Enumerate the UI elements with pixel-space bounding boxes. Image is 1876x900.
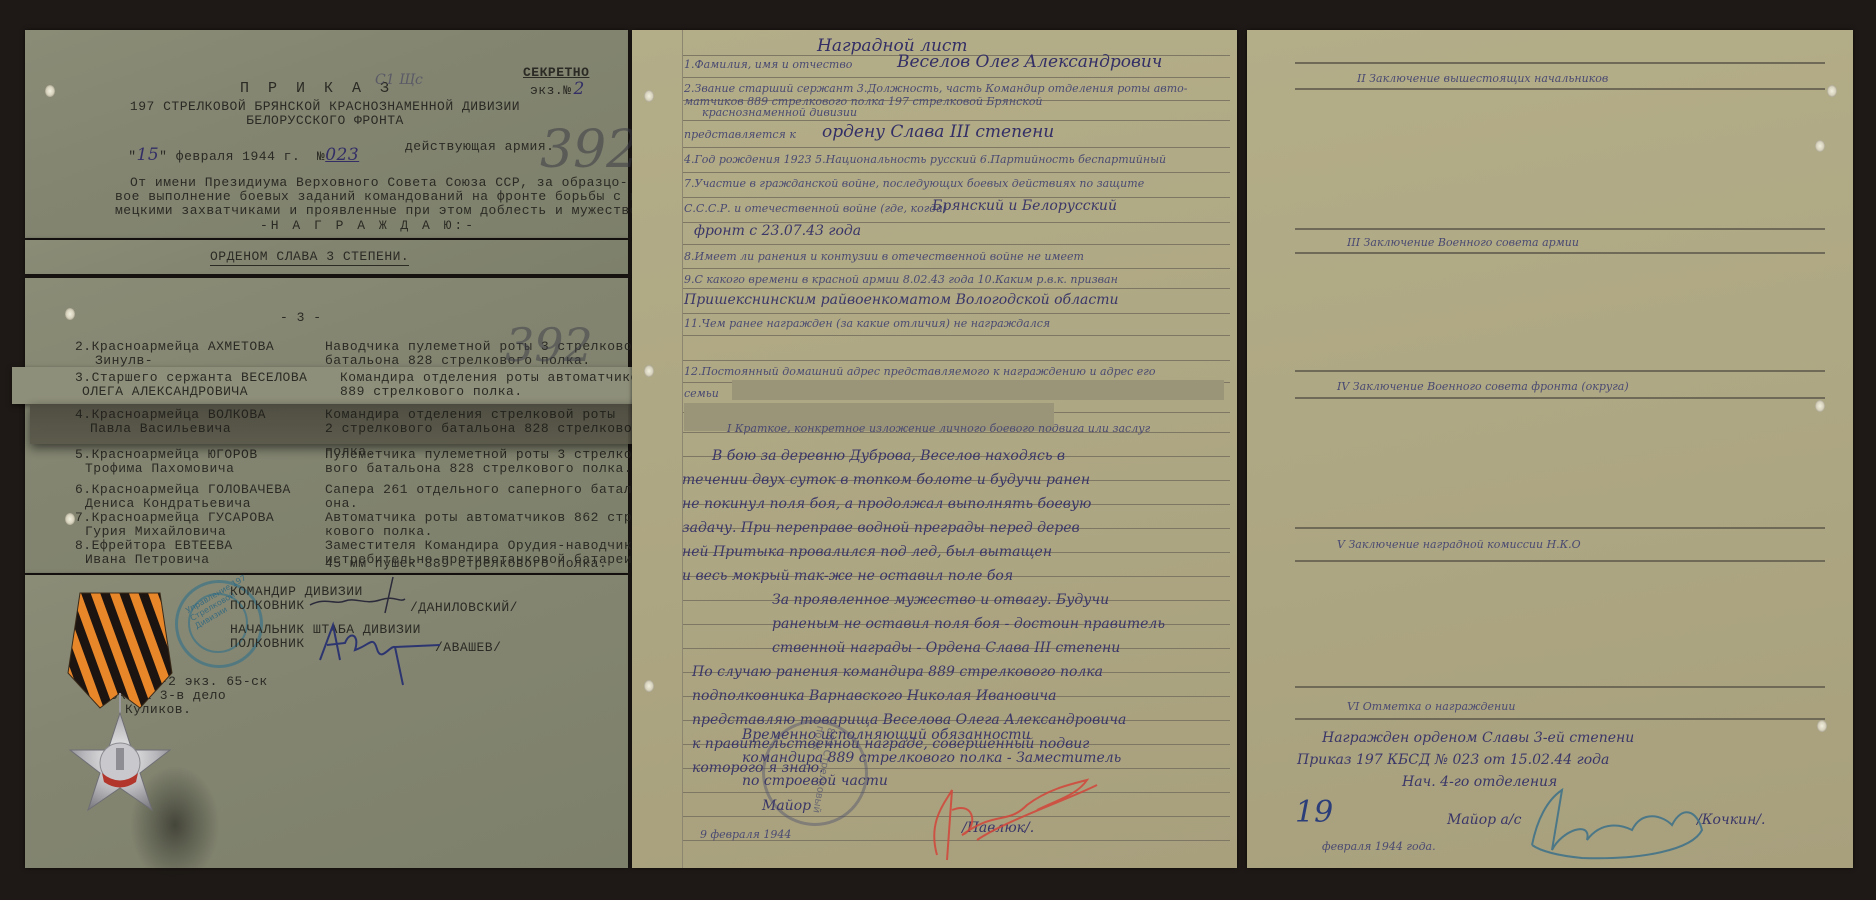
narrative-line: не покинул поля боя, а продолжал выполня… bbox=[682, 496, 1091, 512]
conclusions-sheet: II Заключение вышестоящих начальников II… bbox=[1247, 30, 1853, 868]
sign-1-name: /ДАНИЛОВСКИЙ/ bbox=[410, 601, 518, 615]
narrative-line: раненым не оставил поля боя - достоин пр… bbox=[772, 616, 1165, 632]
ruled-line bbox=[682, 268, 1230, 269]
narrative-line: ней Притыка провалился под лед, был выта… bbox=[682, 544, 1052, 560]
order-of-glory-medal-icon bbox=[60, 588, 180, 818]
section-5-heading: V Заключение наградной комиссии Н.К.О bbox=[1337, 538, 1581, 551]
punch-hole bbox=[644, 90, 654, 102]
narrative-line: подполковника Варнавского Николая Иванов… bbox=[692, 688, 1056, 704]
narrative-line: В бою за деревню Дуброва, Веселов находя… bbox=[712, 448, 1065, 464]
award-note-2: Приказ 197 КБСД № 023 от 15.02.44 года bbox=[1297, 752, 1609, 768]
field-7-value-2: фронт с 23.07.43 года bbox=[694, 223, 861, 239]
field-12-label-1: 12.Постоянный домашний адрес представляе… bbox=[684, 365, 1156, 378]
ruled-line bbox=[682, 335, 1230, 336]
shadowed-entry: 4.Красноармейца ВОЛКОВА Павла Васильевич… bbox=[30, 404, 672, 444]
highlighted-entry: 3.Старшего сержанта ВЕСЕЛОВА ОЛЕГА АЛЕКС… bbox=[12, 367, 655, 404]
signature-kochkin bbox=[1522, 780, 1712, 870]
page-marker: - 3 - bbox=[280, 311, 322, 325]
narrative-line: представляю товарища Веселова Олега Алек… bbox=[692, 712, 1126, 728]
field-7-label-1: 7.Участие в гражданской войне, последующ… bbox=[684, 177, 1144, 190]
copy-label: экз.№2 bbox=[530, 82, 585, 98]
punch-hole bbox=[1827, 85, 1837, 97]
field-1-label: 1.Фамилия, имя и отчество bbox=[684, 58, 852, 71]
presented-label: представляется к bbox=[684, 128, 796, 141]
punch-hole bbox=[644, 365, 654, 377]
ruled-line bbox=[682, 147, 1230, 148]
presented-value: ордену Слава III степени bbox=[822, 122, 1054, 142]
narrative-line: ственной награды - Ордена Слава III степ… bbox=[772, 640, 1120, 656]
section-1-heading: I Краткое, конкретное изложение личного … bbox=[727, 422, 1150, 435]
ruled-line bbox=[682, 313, 1230, 314]
punch-hole bbox=[65, 308, 75, 320]
ruled-line bbox=[682, 244, 1230, 245]
award-sheet: Наградной лист 1.Фамилия, имя и отчество… bbox=[632, 30, 1237, 868]
division-line-2: БЕЛОРУССКОГО ФРОНТА bbox=[120, 114, 530, 128]
field-11: 11.Чем ранее награжден (за какие отличия… bbox=[684, 317, 1050, 330]
pencil-number: 392 bbox=[540, 120, 639, 180]
ruled-line bbox=[682, 360, 1230, 361]
signer-line-3: по строевой части bbox=[742, 773, 888, 789]
sign-2-title-b: ПОЛКОВНИК bbox=[230, 637, 305, 651]
narrative-line: и весь мокрый так-же не оставил поле боя bbox=[682, 568, 1013, 584]
signature-avashev bbox=[315, 615, 445, 695]
award-heading-band: ОРДЕНОМ СЛАВА 3 СТЕПЕНИ. bbox=[25, 240, 628, 274]
order-header-sheet: П Р И К А З С1 Щс СЕКРЕТНО экз.№2 197 СТ… bbox=[25, 30, 628, 238]
preamble-line-2: вое выполнение боевых заданий командован… bbox=[115, 190, 655, 204]
entry-8-post-3: 45 мм пушек 889 стрелкового полка. bbox=[325, 557, 607, 571]
field-9-10: 9.С какого времени в красной армии 8.02.… bbox=[684, 273, 1118, 286]
ruled-line bbox=[682, 77, 1230, 78]
ruled-line bbox=[682, 288, 1230, 289]
pencil-mark-list: 392 bbox=[505, 318, 593, 372]
preamble-line-3: мецкими захватчиками и проявленные при э… bbox=[115, 204, 646, 218]
punch-hole bbox=[1815, 400, 1825, 412]
field-4-6: 4.Год рождения 1923 5.Национальность рус… bbox=[684, 153, 1166, 166]
pencil-mark: С1 Щс bbox=[375, 72, 423, 88]
narrative-line: задачу. При переправе водной преграды пе… bbox=[682, 520, 1080, 536]
awards-label: -Н А Г Р А Ж Д А Ю:- bbox=[260, 219, 476, 233]
order-title: П Р И К А З bbox=[240, 82, 394, 96]
section-2-heading: II Заключение вышестоящих начальников bbox=[1357, 72, 1608, 85]
field-8: 8.Имеет ли ранения и контузии в отечеств… bbox=[684, 250, 1084, 263]
army-label: действующая армия. bbox=[405, 140, 554, 154]
award-note-1: Награжден орденом Славы 3-ей степени bbox=[1322, 730, 1634, 746]
signer-rank: Майор bbox=[762, 798, 811, 814]
field-3-value-3: краснознаменной дивизии bbox=[702, 106, 857, 119]
sign-1-title-b: ПОЛКОВНИК bbox=[230, 599, 305, 613]
signer-line-2: командира 889 стрелкового полка - Замест… bbox=[742, 750, 1121, 766]
narrative-line: По случаю ранения командира 889 стрелков… bbox=[692, 664, 1103, 680]
division-line-1: 197 СТРЕЛКОВОЙ БРЯНСКОЙ КРАСНОЗНАМЕННОЙ … bbox=[120, 100, 530, 114]
narrative-line: За проявленное мужество и отвагу. Будучи bbox=[772, 592, 1109, 608]
section-3-heading: III Заключение Военного совета армии bbox=[1347, 236, 1579, 249]
award-note-4: Майор а/с bbox=[1447, 812, 1521, 828]
punch-hole bbox=[65, 513, 75, 525]
redacted-address bbox=[732, 380, 1224, 400]
field-7-label-2: С.С.С.Р. и отечественной войне (где, ког… bbox=[684, 202, 947, 215]
ruled-line bbox=[682, 120, 1230, 121]
field-2-3: 2.Звание старший сержант 3.Должность, ча… bbox=[684, 82, 1187, 95]
section-6-heading: VI Отметка о награждении bbox=[1347, 700, 1515, 713]
narrative-line: течении двух суток в топком болоте и буд… bbox=[682, 472, 1090, 488]
punch-hole bbox=[45, 85, 55, 97]
field-12-label-2: семьи bbox=[684, 387, 719, 400]
field-1-value: Веселов Олег Александрович bbox=[897, 52, 1162, 72]
field-7-value-1: Брянский и Белорусский bbox=[932, 198, 1117, 214]
signature-pavlyuk bbox=[917, 770, 1117, 870]
secret-label: СЕКРЕТНО bbox=[523, 66, 589, 80]
award-date-rest: февраля 1944 года. bbox=[1322, 840, 1436, 853]
sheet-date: 9 февраля 1944 bbox=[700, 828, 791, 841]
punch-hole bbox=[644, 680, 654, 692]
margin-line bbox=[682, 30, 683, 868]
punch-hole bbox=[1815, 140, 1825, 152]
order-date: "15" февраля 1944 г. №023 bbox=[95, 134, 359, 178]
field-10-value: Пришекснинским райвоенкоматом Вологодско… bbox=[684, 292, 1119, 308]
section-4-heading: IV Заключение Военного совета фронта (ок… bbox=[1337, 380, 1629, 393]
award-heading: ОРДЕНОМ СЛАВА 3 СТЕПЕНИ. bbox=[210, 250, 409, 266]
punch-hole bbox=[1817, 720, 1827, 732]
entry-4-post-3: полка. bbox=[325, 445, 375, 459]
award-date-day: 19 bbox=[1295, 795, 1333, 830]
ruled-line bbox=[682, 172, 1230, 173]
signer-line-1: Временно исполняющий обязанности bbox=[742, 727, 1031, 743]
